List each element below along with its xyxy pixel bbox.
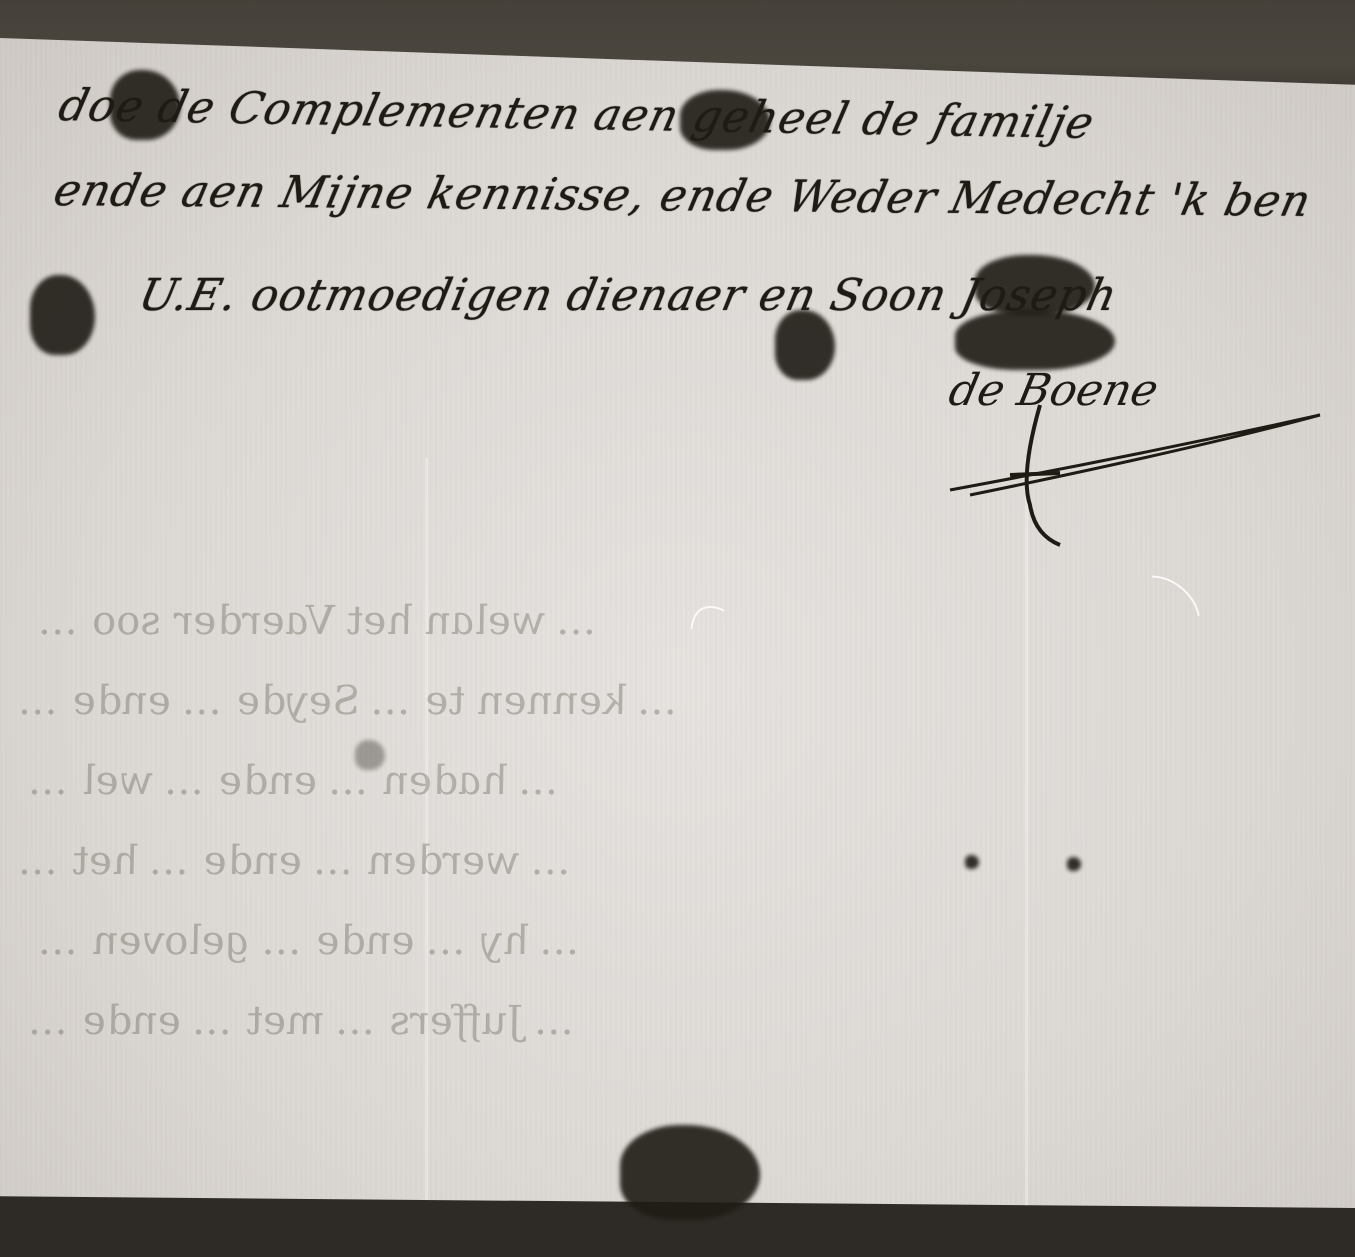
bleed-through-text: … haden … ende … wel … — [25, 758, 565, 804]
ink-blot — [110, 70, 180, 140]
ink-blot — [620, 1125, 760, 1220]
bleed-through-text: … Juffers … met … ende … — [25, 998, 581, 1044]
ink-blot — [975, 255, 1095, 315]
ink-stain — [355, 740, 385, 770]
ink-blot — [775, 310, 835, 380]
bleed-through-text: … kennen te … Seyde … ende … — [15, 678, 684, 724]
bleed-through-text: … welan het Vaerder soo … — [35, 598, 603, 644]
ink-dot — [1067, 857, 1081, 871]
ink-blot — [30, 275, 95, 355]
letter-line-3: U.E. ootmoedigen dienaer en Soon Joseph — [135, 270, 1123, 321]
ink-dot — [965, 855, 979, 869]
paper-fold-line — [1025, 458, 1028, 1218]
ink-blot — [955, 310, 1115, 370]
bleed-through-text: … hy … ende … geloven … — [35, 918, 586, 964]
signature-flourish-icon — [940, 395, 1340, 555]
ink-blot — [680, 90, 770, 150]
bleed-through-text: … werden … ende … het … — [15, 838, 577, 884]
